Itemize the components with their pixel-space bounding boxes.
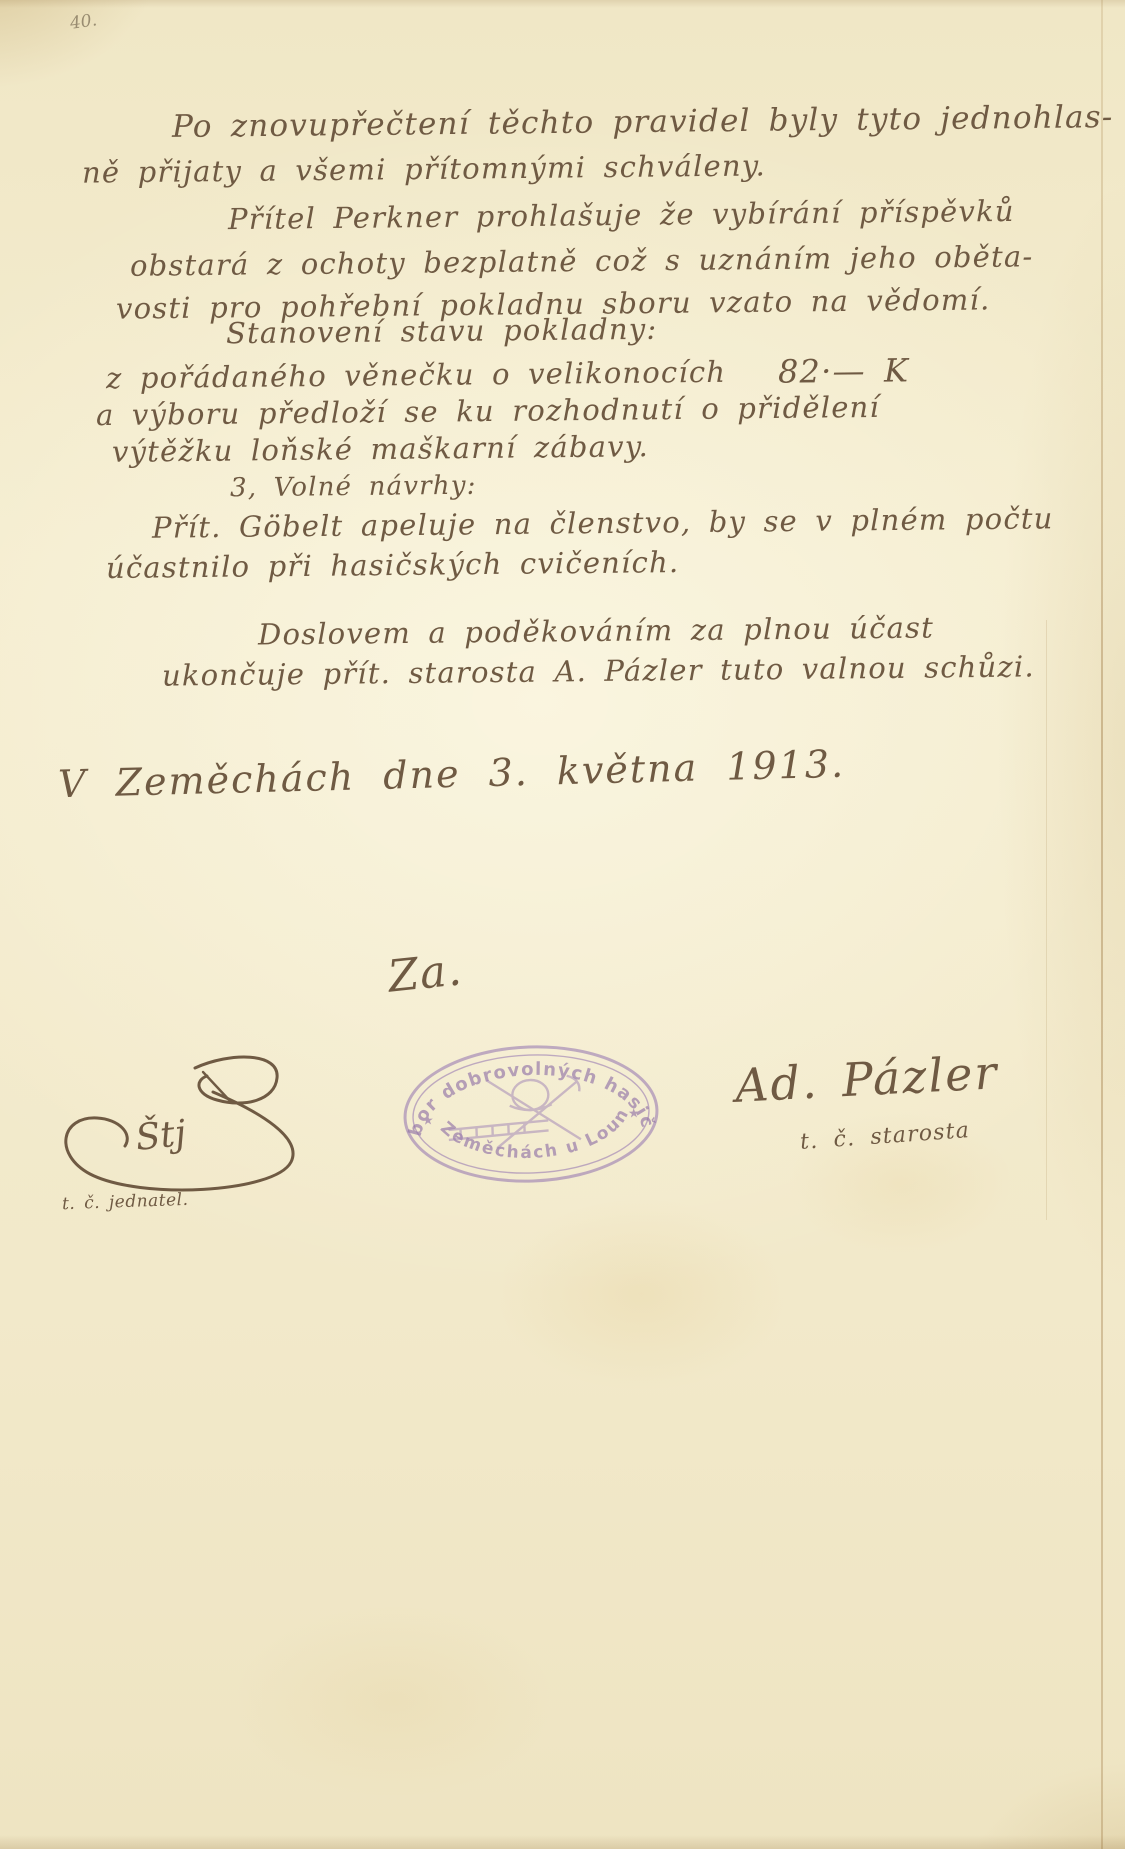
manuscript-line: Přítel Perkner prohlašuje že vybírání př… [228,194,1015,236]
paper-edge-bottom [0,1835,1125,1849]
manuscript-line: Doslovem a poděkováním za plnou účast [258,610,934,651]
manuscript-line: účastnilo při hasičských cvičeních. [106,545,680,585]
manuscript-line: 3, Volné návrhy: [230,471,477,504]
paper-edge-top [0,0,1125,8]
manuscript-line: ukončuje přít. starosta A. Pázler tuto v… [162,649,1035,692]
manuscript-line: a výboru předloží se ku rozhodnutí o při… [96,390,880,432]
treasury-amount: 82·— K [778,351,910,390]
manuscript-line: výtěžku loňské maškarní zábavy. [112,429,649,469]
fire-brigade-stamp: Sbor dobrovolných hasičů v Zeměchách u L… [398,1038,665,1189]
manuscript-page: { "document": { "page_number_pencil": "4… [0,0,1125,1849]
manuscript-line: ně přijaty a všemi přítomnými schváleny. [82,148,766,189]
za-mark: Za. [386,944,465,1002]
chairman-signature: Ad. Pázler [734,1045,1000,1113]
manuscript-line: Přít. Göbelt apeluje na členstvo, by se … [152,501,1054,544]
pencil-page-number: 40. [69,10,99,34]
paper-crease-soft [1046,620,1047,1220]
manuscript-line: z pořádaného věnečku o velikonocích [106,355,727,395]
manuscript-line: Po znovupřečtení těchto pravidel byly ty… [172,99,1114,145]
secretary-signature-flourish: Štj [45,1050,355,1200]
stamp-star-right-icon: ★ [628,1106,640,1121]
secretary-role: t. č. jednatel. [62,1190,189,1214]
manuscript-line: Stanovení stavu pokladny: [226,312,658,351]
chairman-role: t. č. starosta [799,1118,971,1155]
dateline: V Zeměchách dne 3. května 1913. [58,742,846,807]
paper-crease-right [1101,0,1103,1849]
stamp-star-left-icon: ★ [422,1113,434,1128]
manuscript-line: obstará z ochoty bezplatně což s uznáním… [130,239,1034,282]
secretary-initials: Štj [134,1112,188,1159]
